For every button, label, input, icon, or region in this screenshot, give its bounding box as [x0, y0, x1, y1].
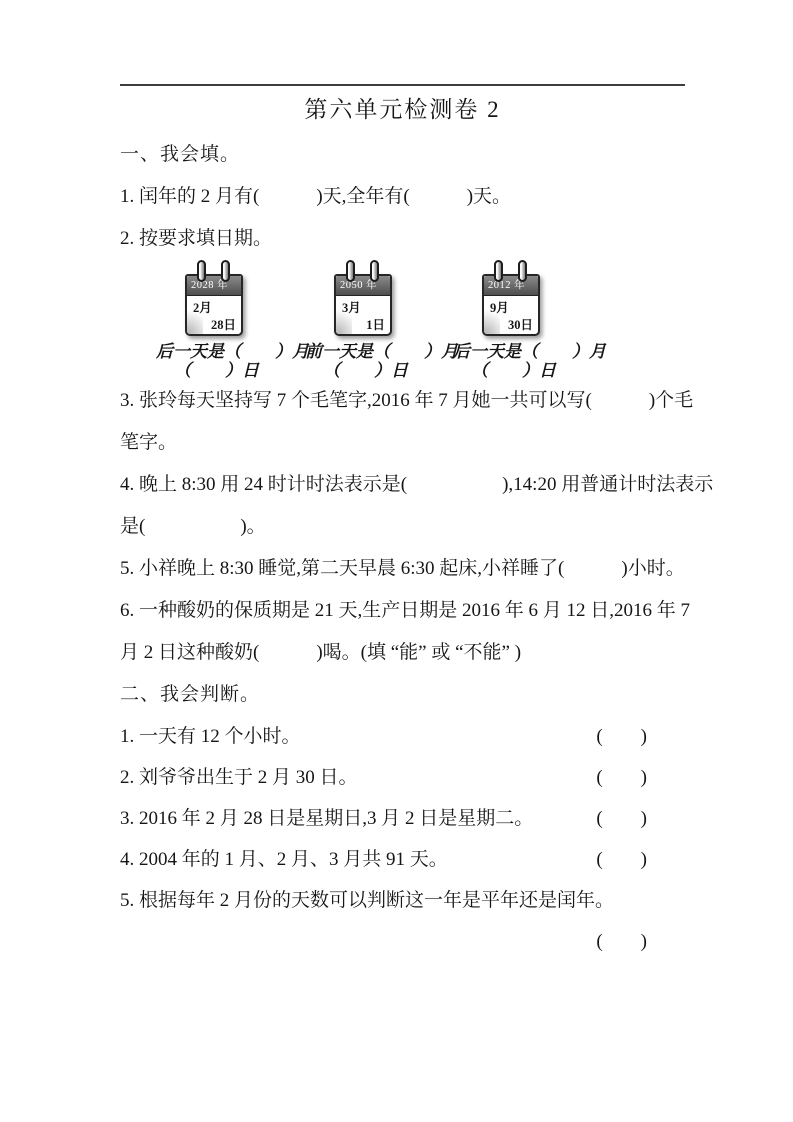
judge-statement: 3. 2016 年 2 月 28 日是星期日,3 月 2 日是星期二。 — [120, 798, 533, 839]
judge-statement: 1. 一天有 12 个小时。 — [120, 716, 301, 757]
section-fill: 一、我会填。 1. 闰年的 2 月有( )天,全年有( )天。 2. 按要求填日… — [120, 134, 685, 674]
binder-ring-icon — [518, 260, 527, 282]
judge-answer-blank: ( ) — [596, 931, 647, 952]
calendar-sheet: 2050 年 3月 1日 — [334, 274, 392, 336]
calendar-day: 28日 — [211, 315, 236, 333]
calendar-year: 2028 年 — [187, 276, 241, 296]
section-judge-heading: 二、我会判断。 — [120, 674, 685, 716]
judge-row-4: 4. 2004 年的 1 月、2 月、3 月共 91 天。 ( ) — [120, 839, 685, 880]
calendar-year: 2012 年 — [484, 276, 538, 296]
worksheet-page: 第六单元检测卷 2 一、我会填。 1. 闰年的 2 月有( )天,全年有( )天… — [0, 0, 793, 1122]
question-4-line-1: 4. 晚上 8:30 用 24 时计时法表示是( ),14:20 用普通计时法表… — [120, 464, 685, 506]
caption-line-2: （ ）日 — [471, 361, 626, 380]
calendar-group-3: 2012 年 9月 30日 后一天是（ ）月 （ ）日 — [450, 260, 626, 380]
judge-statement: 2. 刘爷爷出生于 2 月 30 日。 — [120, 757, 358, 798]
calendar-2050: 2050 年 3月 1日 — [334, 260, 392, 336]
question-6-line-1: 6. 一种酸奶的保质期是 21 天,生产日期是 2016 年 6 月 12 日,… — [120, 590, 685, 632]
calendar-caption: 后一天是（ ）月 （ ）日 — [450, 342, 626, 380]
calendar-month: 3月 — [342, 298, 361, 316]
calendar-body: 2月 28日 — [187, 296, 241, 334]
caption-line-1: 后一天是（ ）月 — [453, 342, 626, 361]
judge-statement: 4. 2004 年的 1 月、2 月、3 月共 91 天。 — [120, 839, 448, 880]
binder-ring-icon — [197, 260, 206, 282]
question-3-line-1: 3. 张玲每天坚持写 7 个毛笔字,2016 年 7 月她一共可以写( )个毛 — [120, 380, 685, 422]
binder-ring-icon — [346, 260, 355, 282]
question-2: 2. 按要求填日期。 — [120, 218, 685, 260]
question-6-line-2: 月 2 日这种酸奶( )喝。(填 “能” 或 “不能” ) — [120, 632, 685, 674]
calendar-day: 30日 — [508, 315, 533, 333]
judge-answer-blank: ( ) — [596, 716, 685, 757]
calendar-body: 9月 30日 — [484, 296, 538, 334]
judge-statement: 5. 根据每年 2 月份的天数可以判断这一年是平年还是闰年。 — [120, 880, 614, 921]
calendar-month: 2月 — [193, 298, 212, 316]
judge-row-5: 5. 根据每年 2 月份的天数可以判断这一年是平年还是闰年。 — [120, 880, 685, 921]
judge-answer-blank: ( ) — [596, 798, 685, 839]
judge-row-3: 3. 2016 年 2 月 28 日是星期日,3 月 2 日是星期二。 ( ) — [120, 798, 685, 839]
question-3-line-2: 笔字。 — [120, 422, 685, 464]
judge-answer-blank: ( ) — [596, 839, 685, 880]
calendar-month: 9月 — [490, 298, 509, 316]
calendar-sheet: 2012 年 9月 30日 — [482, 274, 540, 336]
judge-answer-blank: ( ) — [596, 757, 685, 798]
binder-ring-icon — [494, 260, 503, 282]
judge-row-1: 1. 一天有 12 个小时。 ( ) — [120, 716, 685, 757]
calendar-2012: 2012 年 9月 30日 — [482, 260, 540, 336]
section-judge: 二、我会判断。 1. 一天有 12 个小时。 ( ) 2. 刘爷爷出生于 2 月… — [120, 674, 685, 962]
question-4-line-2: 是( )。 — [120, 506, 685, 548]
binder-ring-icon — [370, 260, 379, 282]
judge-row-5-answer: ( ) — [120, 921, 685, 962]
calendar-2028: 2028 年 2月 28日 — [185, 260, 243, 336]
judge-row-2: 2. 刘爷爷出生于 2 月 30 日。 ( ) — [120, 757, 685, 798]
calendar-sheet: 2028 年 2月 28日 — [185, 274, 243, 336]
question-5: 5. 小祥晚上 8:30 睡觉,第二天早晨 6:30 起床,小祥睡了( )小时。 — [120, 548, 685, 590]
page-title: 第六单元检测卷 2 — [120, 86, 685, 134]
section-fill-heading: 一、我会填。 — [120, 134, 685, 176]
binder-ring-icon — [221, 260, 230, 282]
calendar-year: 2050 年 — [336, 276, 390, 296]
calendar-day: 1日 — [366, 315, 385, 333]
calendar-body: 3月 1日 — [336, 296, 390, 334]
question-1: 1. 闰年的 2 月有( )天,全年有( )天。 — [120, 176, 685, 218]
calendar-row: 2028 年 2月 28日 后一天是（ ）月 （ ）日 — [120, 260, 685, 380]
